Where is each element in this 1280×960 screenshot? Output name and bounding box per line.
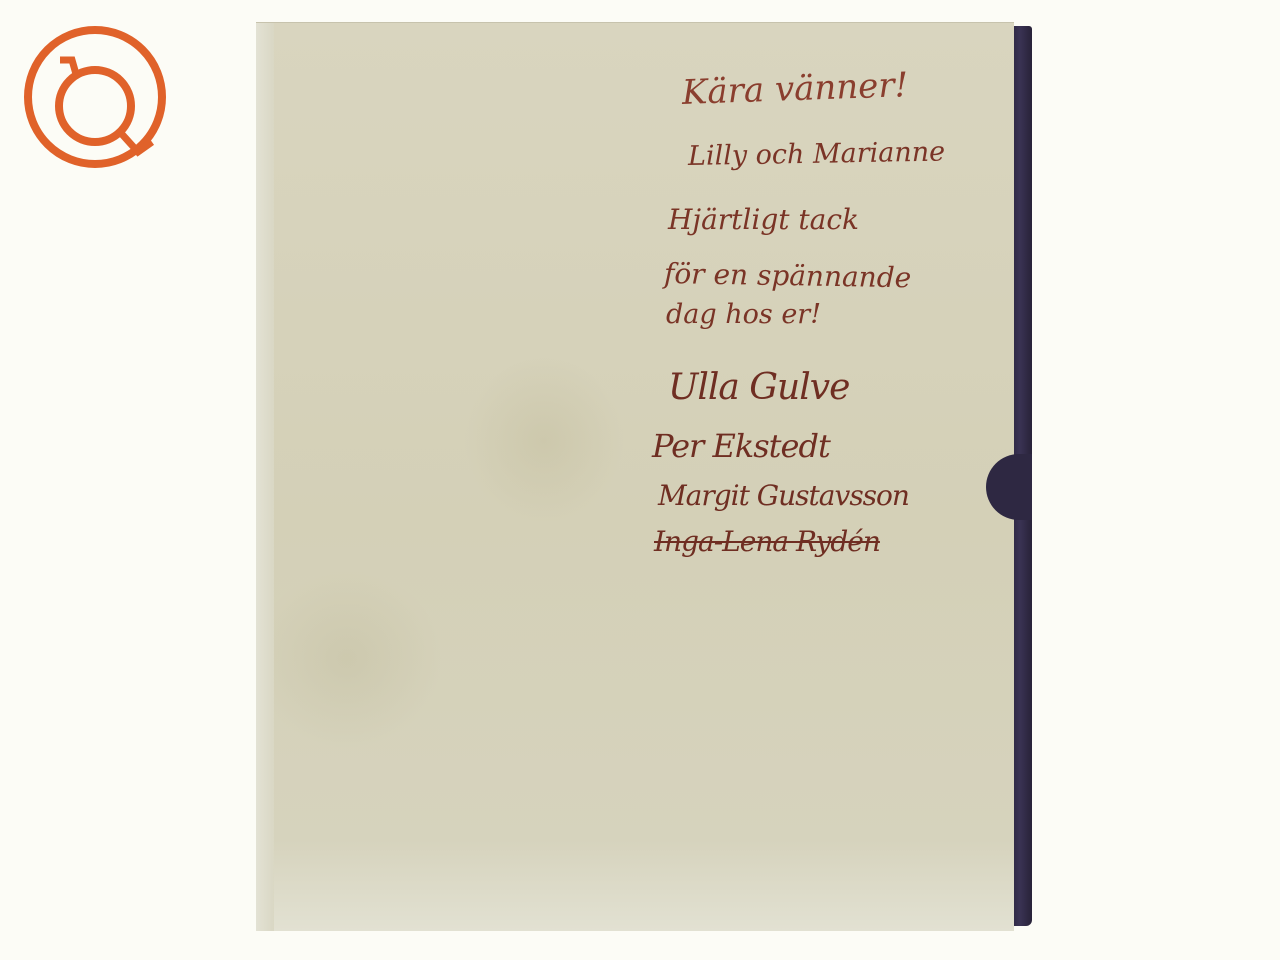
dedication-line: Hjärtligt tack <box>668 203 859 236</box>
book-slipcase: Kära vänner! Lilly och Marianne Hjärtlig… <box>256 22 1032 934</box>
signature: Per Ekstedt <box>652 427 830 465</box>
signature: Ulla Gulve <box>668 367 849 408</box>
cover-edge <box>256 23 274 931</box>
dedication-line: dag hos er! <box>666 299 821 330</box>
dedication-line: Kära vänner! <box>681 65 909 113</box>
signature: Margit Gustavsson <box>658 479 909 512</box>
dedication-line: Lilly och Marianne <box>688 137 946 172</box>
brand-logo <box>22 24 168 170</box>
dedication-line: för en spännande <box>664 257 912 294</box>
slipcase-cover: Kära vänner! Lilly och Marianne Hjärtlig… <box>256 22 1014 931</box>
brand-logo-icon <box>22 24 168 170</box>
signature: Inga-Lena Rydén <box>654 525 880 558</box>
